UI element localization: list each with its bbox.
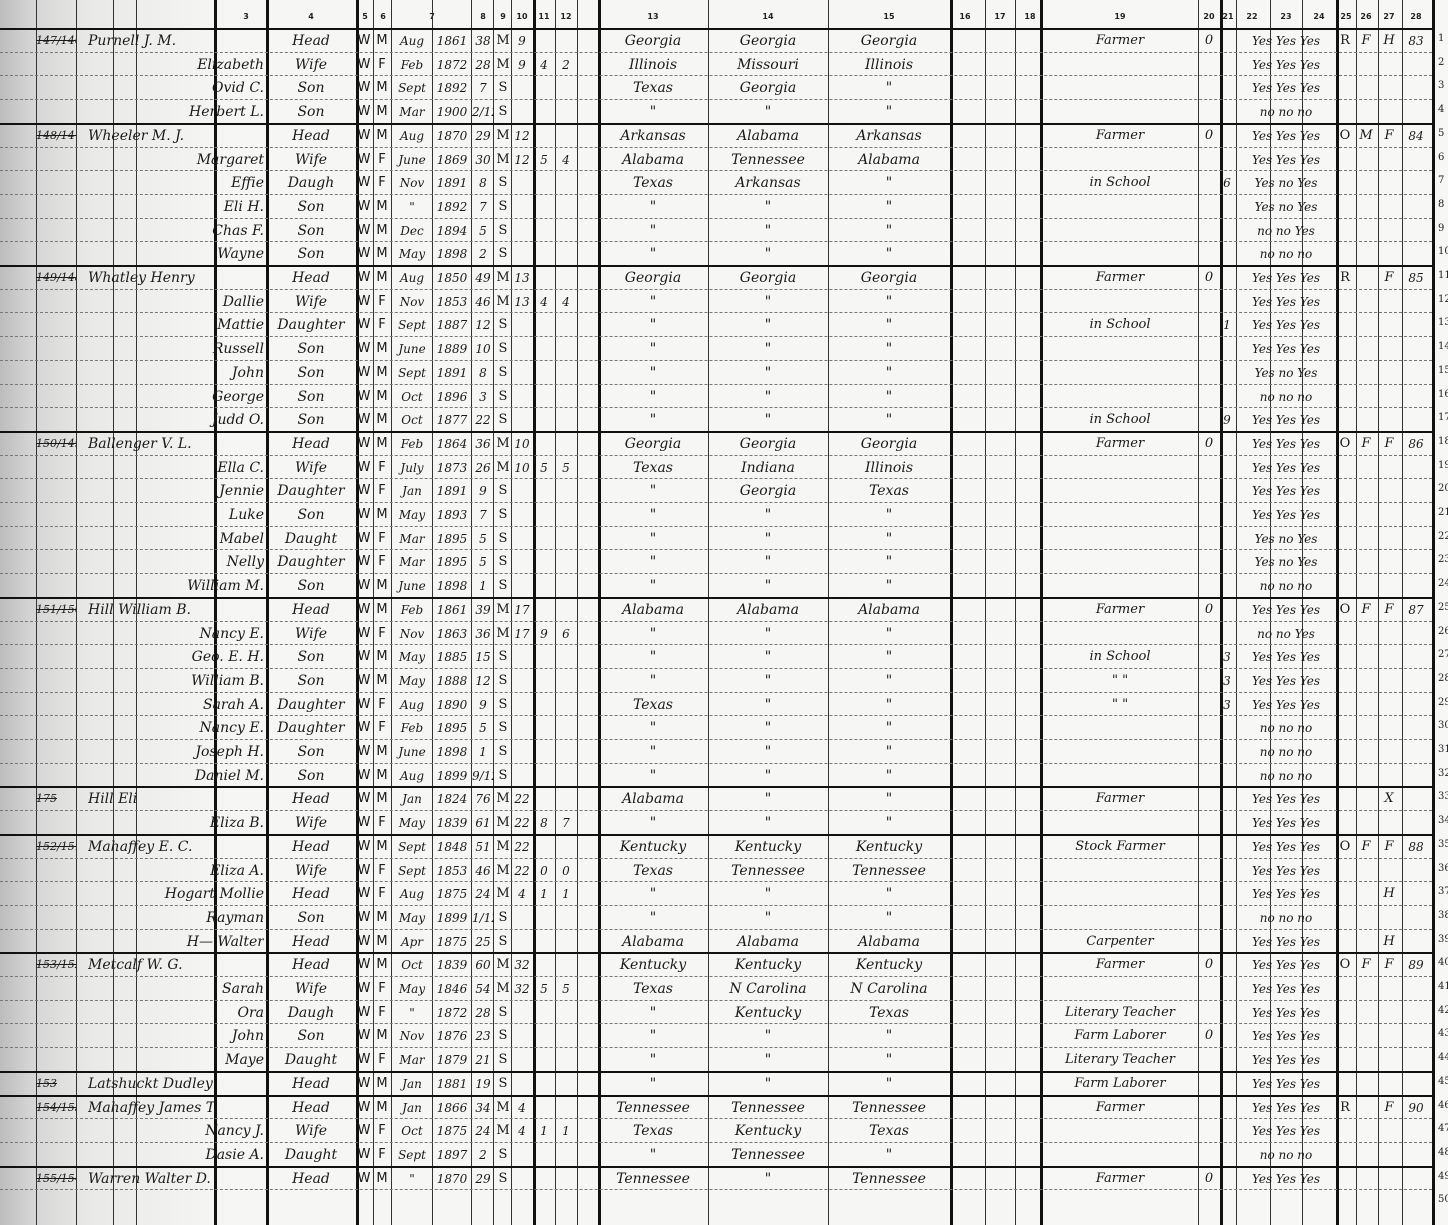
literacy-cell: Yes Yes Yes xyxy=(1236,835,1336,857)
color-cell: W xyxy=(356,171,372,193)
relation-cell: Head xyxy=(266,1072,356,1094)
color-cell: W xyxy=(356,337,372,359)
literacy-cell: Yes Yes Yes xyxy=(1236,1024,1336,1046)
age-cell: 1 xyxy=(472,740,494,762)
year-cell: 1891 xyxy=(433,479,471,501)
line-number: 12 xyxy=(1438,294,1448,305)
month-cell: May xyxy=(392,669,432,691)
age-cell: 2 xyxy=(472,1143,494,1165)
mother-birthplace-cell: " xyxy=(828,361,950,383)
column-header-8: 8 xyxy=(472,6,494,28)
relation-cell: Son xyxy=(266,361,356,383)
line-number: 21 xyxy=(1438,507,1448,518)
sex-cell: F xyxy=(374,693,390,715)
birthplace-cell: " xyxy=(598,100,708,122)
year-cell: 1876 xyxy=(433,1024,471,1046)
mother-birthplace-cell: Kentucky xyxy=(828,953,950,975)
age-cell: 28 xyxy=(472,1001,494,1023)
year-cell: 1895 xyxy=(433,716,471,738)
marital-cell: S xyxy=(494,219,512,241)
age-cell: 49 xyxy=(472,266,494,288)
children-born-cell: 4 xyxy=(534,53,554,75)
mother-birthplace-cell: Texas xyxy=(828,1119,950,1141)
age-cell: 1 xyxy=(472,574,494,596)
sex-cell: F xyxy=(374,859,390,881)
age-cell: 10 xyxy=(472,337,494,359)
occupation-cell: Farmer xyxy=(1040,124,1200,146)
color-cell: W xyxy=(356,1119,372,1141)
relation-cell: Wife xyxy=(266,622,356,644)
children-living-cell: 4 xyxy=(556,290,576,312)
birthplace-cell: " xyxy=(598,669,708,691)
farm-house-cell: F xyxy=(1356,598,1376,620)
marital-cell: M xyxy=(494,1119,512,1141)
sex-cell: F xyxy=(374,313,390,335)
marital-cell: S xyxy=(494,242,512,264)
color-cell: W xyxy=(356,811,372,833)
sex-cell: M xyxy=(374,100,390,122)
age-cell: 8 xyxy=(472,171,494,193)
birthplace-cell: " xyxy=(598,740,708,762)
birthplace-cell: " xyxy=(598,550,708,572)
sex-cell: M xyxy=(374,219,390,241)
farm-house-cell: F xyxy=(1356,29,1376,51)
sex-cell: F xyxy=(374,977,390,999)
years-married-cell: 17 xyxy=(512,622,532,644)
column-header-12: 12 xyxy=(556,6,576,28)
birthplace-cell: Texas xyxy=(598,456,708,478)
marital-cell: M xyxy=(494,148,512,170)
month-cell: June xyxy=(392,148,432,170)
birthplace-cell: " xyxy=(598,195,708,217)
person-name: Mahaffey E. C. xyxy=(88,835,264,857)
father-birthplace-cell: " xyxy=(708,195,828,217)
farm-house-cell: F xyxy=(1356,835,1376,857)
column-header-27: 27 xyxy=(1378,6,1400,28)
birthplace-cell: Tennessee xyxy=(598,1167,708,1189)
year-cell: 1824 xyxy=(433,787,471,809)
marital-cell: M xyxy=(494,432,512,454)
relation-cell: Son xyxy=(266,764,356,786)
column-rule xyxy=(1432,0,1435,1225)
line-number: 27 xyxy=(1438,649,1448,660)
unemployed-cell: 0 xyxy=(1198,1024,1220,1046)
mother-birthplace-cell: Texas xyxy=(828,1001,950,1023)
age-cell: 46 xyxy=(472,859,494,881)
father-birthplace-cell: " xyxy=(708,1024,828,1046)
census-sheet: 3456789101112131415161718192021222324252… xyxy=(0,0,1448,1225)
month-cell: May xyxy=(392,645,432,667)
literacy-cell: Yes no Yes xyxy=(1236,361,1336,383)
relation-cell: Head xyxy=(266,598,356,620)
occupation-cell: Farm Laborer xyxy=(1040,1024,1200,1046)
occupation-cell: Farmer xyxy=(1040,787,1200,809)
year-cell: 1853 xyxy=(433,859,471,881)
person-name: Metcalf W. G. xyxy=(88,953,264,975)
census-row: Chas F.SonWMDec18945S"""no no Yes9 xyxy=(0,219,1420,241)
column-header-3: 3 xyxy=(226,6,266,28)
sex-cell: F xyxy=(374,1048,390,1070)
relation-cell: Head xyxy=(266,29,356,51)
year-cell: 1839 xyxy=(433,811,471,833)
age-cell: 24 xyxy=(472,882,494,904)
sex-cell: F xyxy=(374,53,390,75)
dwelling-cell: 151/150 xyxy=(36,598,76,620)
line-number: 13 xyxy=(1438,317,1448,328)
person-name: Hill William B. xyxy=(88,598,264,620)
month-cell: Aug xyxy=(392,124,432,146)
line-number: 22 xyxy=(1438,531,1448,542)
relation-cell: Daught xyxy=(266,1048,356,1070)
years-married-cell: 4 xyxy=(512,1096,532,1118)
marital-cell: S xyxy=(494,764,512,786)
occupation-cell: Carpenter xyxy=(1040,930,1200,952)
sex-cell: M xyxy=(374,598,390,620)
sex-cell: M xyxy=(374,574,390,596)
age-cell: 26 xyxy=(472,456,494,478)
year-cell: 1894 xyxy=(433,219,471,241)
color-cell: W xyxy=(356,622,372,644)
father-birthplace-cell: " xyxy=(708,906,828,928)
relation-cell: Head xyxy=(266,930,356,952)
column-header-26: 26 xyxy=(1356,6,1376,28)
line-number: 28 xyxy=(1438,673,1448,684)
literacy-cell: Yes Yes Yes xyxy=(1236,432,1336,454)
relation-cell: Head xyxy=(266,124,356,146)
year-cell: 1888 xyxy=(433,669,471,691)
birthplace-cell: " xyxy=(598,361,708,383)
age-cell: 24 xyxy=(472,1119,494,1141)
census-row: Wheeler M. J.148/147HeadWMAug187029M12Ar… xyxy=(0,124,1420,146)
person-name: Mahaffey James T. xyxy=(88,1096,264,1118)
father-birthplace-cell: " xyxy=(708,740,828,762)
occupation-cell: " " xyxy=(1040,693,1200,715)
color-cell: W xyxy=(356,385,372,407)
month-cell: Oct xyxy=(392,408,432,430)
age-cell: 7 xyxy=(472,76,494,98)
sex-cell: M xyxy=(374,385,390,407)
mother-birthplace-cell: " xyxy=(828,337,950,359)
marital-cell: S xyxy=(494,361,512,383)
marital-cell: S xyxy=(494,1024,512,1046)
house-cell: H xyxy=(1378,930,1400,952)
census-row: Judd O.SonWMOct187722S"""in School9Yes Y… xyxy=(0,408,1420,430)
line-number: 31 xyxy=(1438,744,1448,755)
month-cell: Feb xyxy=(392,432,432,454)
age-cell: 2/12 xyxy=(472,100,494,122)
marital-cell: S xyxy=(494,550,512,572)
birthplace-cell: Kentucky xyxy=(598,953,708,975)
person-name: George xyxy=(150,385,264,407)
children-living-cell: 1 xyxy=(556,882,576,904)
marital-cell: S xyxy=(494,479,512,501)
month-cell: May xyxy=(392,811,432,833)
person-name: John xyxy=(150,361,264,383)
column-header-28: 28 xyxy=(1402,6,1430,28)
line-number: 25 xyxy=(1438,602,1448,613)
census-row: Nancy J.WifeWFOct187524M411TexasKentucky… xyxy=(0,1119,1420,1141)
color-cell: W xyxy=(356,669,372,691)
years-married-cell: 12 xyxy=(512,148,532,170)
mother-birthplace-cell: " xyxy=(828,906,950,928)
literacy-cell: Yes Yes Yes xyxy=(1236,1048,1336,1070)
birthplace-cell: Texas xyxy=(598,76,708,98)
person-name: Daniel M. xyxy=(150,764,264,786)
marital-cell: S xyxy=(494,527,512,549)
sex-cell: F xyxy=(374,171,390,193)
mother-birthplace-cell: " xyxy=(828,550,950,572)
month-cell: June xyxy=(392,574,432,596)
occupation-cell: Farmer xyxy=(1040,266,1200,288)
birthplace-cell: " xyxy=(598,219,708,241)
census-row: MattieDaughterWFSept188712S"""in School1… xyxy=(0,313,1420,335)
own-rent-cell: O xyxy=(1336,835,1354,857)
literacy-cell: no no no xyxy=(1236,1143,1336,1165)
age-cell: 9/12 xyxy=(472,764,494,786)
month-cell: July xyxy=(392,456,432,478)
literacy-cell: Yes Yes Yes xyxy=(1236,479,1336,501)
relation-cell: Son xyxy=(266,906,356,928)
years-married-cell: 22 xyxy=(512,811,532,833)
month-cell: Jan xyxy=(392,1072,432,1094)
age-cell: 7 xyxy=(472,503,494,525)
birthplace-cell: " xyxy=(598,1048,708,1070)
birthplace-cell: " xyxy=(598,1072,708,1094)
relation-cell: Daught xyxy=(266,1143,356,1165)
own-rent-cell: O xyxy=(1336,124,1354,146)
year-cell: 1861 xyxy=(433,29,471,51)
father-birthplace-cell: " xyxy=(708,693,828,715)
line-number: 37 xyxy=(1438,886,1448,897)
census-row: RussellSonWMJune188910S"""Yes Yes Yes14 xyxy=(0,337,1420,359)
year-cell: 1889 xyxy=(433,337,471,359)
relation-cell: Son xyxy=(266,195,356,217)
month-cell: Jan xyxy=(392,479,432,501)
line-number: 10 xyxy=(1438,246,1448,257)
age-cell: 30 xyxy=(472,148,494,170)
age-cell: 5 xyxy=(472,550,494,572)
children-born-cell: 1 xyxy=(534,1119,554,1141)
dwelling-cell: 153/152 xyxy=(36,953,76,975)
person-name: Mabel xyxy=(150,527,264,549)
color-cell: W xyxy=(356,313,372,335)
year-cell: 1875 xyxy=(433,930,471,952)
father-birthplace-cell: " xyxy=(708,527,828,549)
color-cell: W xyxy=(356,432,372,454)
literacy-cell: no no Yes xyxy=(1236,219,1336,241)
marital-cell: S xyxy=(494,503,512,525)
color-cell: W xyxy=(356,290,372,312)
unemployed-cell: 0 xyxy=(1198,124,1220,146)
literacy-cell: Yes Yes Yes xyxy=(1236,693,1336,715)
census-row: ElizabethWifeWFFeb187228M942IllinoisMiss… xyxy=(0,53,1420,75)
sex-cell: M xyxy=(374,787,390,809)
sex-cell: M xyxy=(374,645,390,667)
census-row: GeorgeSonWMOct18963S"""no no no16 xyxy=(0,385,1420,407)
relation-cell: Son xyxy=(266,76,356,98)
month-cell: Feb xyxy=(392,716,432,738)
relation-cell: Son xyxy=(266,242,356,264)
sex-cell: M xyxy=(374,953,390,975)
month-cell: Jan xyxy=(392,1096,432,1118)
age-cell: 76 xyxy=(472,787,494,809)
month-cell: Dec xyxy=(392,219,432,241)
literacy-cell: Yes Yes Yes xyxy=(1236,148,1336,170)
literacy-cell: Yes Yes Yes xyxy=(1236,977,1336,999)
literacy-cell: Yes Yes Yes xyxy=(1236,787,1336,809)
month-cell: Aug xyxy=(392,764,432,786)
census-row: EffieDaughWFNov18918STexasArkansas"in Sc… xyxy=(0,171,1420,193)
father-birthplace-cell: " xyxy=(708,764,828,786)
year-cell: 1864 xyxy=(433,432,471,454)
mother-birthplace-cell: " xyxy=(828,76,950,98)
person-name: Ballenger V. L. xyxy=(88,432,264,454)
person-name: Ora xyxy=(150,1001,264,1023)
birthplace-cell: " xyxy=(598,385,708,407)
marital-cell: M xyxy=(494,598,512,620)
children-born-cell: 8 xyxy=(534,811,554,833)
sex-cell: M xyxy=(374,242,390,264)
literacy-cell: Yes Yes Yes xyxy=(1236,266,1336,288)
mother-birthplace-cell: " xyxy=(828,171,950,193)
color-cell: W xyxy=(356,124,372,146)
line-number: 3 xyxy=(1438,80,1448,91)
relation-cell: Wife xyxy=(266,859,356,881)
color-cell: W xyxy=(356,882,372,904)
father-birthplace-cell: Alabama xyxy=(708,124,828,146)
father-birthplace-cell: " xyxy=(708,290,828,312)
census-row: Herbert L.SonWMMar19002/12S"""no no no4 xyxy=(0,100,1420,122)
line-number: 9 xyxy=(1438,223,1448,234)
birthplace-cell: " xyxy=(598,645,708,667)
relation-cell: Wife xyxy=(266,456,356,478)
color-cell: W xyxy=(356,361,372,383)
color-cell: W xyxy=(356,598,372,620)
person-name: Joseph H. xyxy=(150,740,264,762)
birthplace-cell: " xyxy=(598,290,708,312)
census-row: Nancy E.DaughterWFFeb18955S"""no no no30 xyxy=(0,716,1420,738)
color-cell: W xyxy=(356,29,372,51)
line-number: 47 xyxy=(1438,1123,1448,1134)
person-name: Chas F. xyxy=(150,219,264,241)
sex-cell: F xyxy=(374,550,390,572)
person-name: William B. xyxy=(150,669,264,691)
dwelling-cell: 154/153 xyxy=(36,1096,76,1118)
literacy-cell: Yes Yes Yes xyxy=(1236,29,1336,51)
marital-cell: M xyxy=(494,124,512,146)
sex-cell: M xyxy=(374,337,390,359)
sex-cell: M xyxy=(374,906,390,928)
relation-cell: Head xyxy=(266,266,356,288)
marital-cell: M xyxy=(494,456,512,478)
sex-cell: M xyxy=(374,361,390,383)
color-cell: W xyxy=(356,953,372,975)
color-cell: W xyxy=(356,1072,372,1094)
year-cell: 1891 xyxy=(433,361,471,383)
unemployed-cell: 0 xyxy=(1198,1167,1220,1189)
house-cell: F xyxy=(1378,1096,1400,1118)
literacy-cell: Yes Yes Yes xyxy=(1236,1001,1336,1023)
color-cell: W xyxy=(356,195,372,217)
relation-cell: Wife xyxy=(266,977,356,999)
age-cell: 12 xyxy=(472,313,494,335)
census-row: NellyDaughterWFMar18955S"""Yes no Yes23 xyxy=(0,550,1420,572)
marital-cell: S xyxy=(494,313,512,335)
census-row: Mahaffey E. C.152/151HeadWMSept184851M22… xyxy=(0,835,1420,857)
person-name: Herbert L. xyxy=(150,100,264,122)
mother-birthplace-cell: Kentucky xyxy=(828,835,950,857)
sex-cell: F xyxy=(374,290,390,312)
year-cell: 1879 xyxy=(433,1048,471,1070)
years-married-cell: 22 xyxy=(512,859,532,881)
census-row: JennieDaughterWFJan18919S"GeorgiaTexasYe… xyxy=(0,479,1420,501)
person-name: Dasie A. xyxy=(150,1143,264,1165)
year-cell: 1877 xyxy=(433,408,471,430)
relation-cell: Son xyxy=(266,100,356,122)
census-row: WayneSonWMMay18982S"""no no no10 xyxy=(0,242,1420,264)
literacy-cell: no no no xyxy=(1236,716,1336,738)
census-row: Dasie A.DaughtWFSept18972S"Tennessee"no … xyxy=(0,1143,1420,1165)
year-cell: 1891 xyxy=(433,171,471,193)
column-header-24: 24 xyxy=(1302,6,1336,28)
house-cell: F xyxy=(1378,124,1400,146)
year-cell: 1873 xyxy=(433,456,471,478)
father-birthplace-cell: Georgia xyxy=(708,76,828,98)
color-cell: W xyxy=(356,764,372,786)
mother-birthplace-cell: Tennessee xyxy=(828,1167,950,1189)
line-number: 44 xyxy=(1438,1052,1448,1063)
line-number: 45 xyxy=(1438,1076,1448,1087)
month-cell: Sept xyxy=(392,1143,432,1165)
year-cell: 1892 xyxy=(433,76,471,98)
birthplace-cell: Georgia xyxy=(598,29,708,51)
birthplace-cell: Texas xyxy=(598,859,708,881)
literacy-cell: Yes Yes Yes xyxy=(1236,290,1336,312)
sex-cell: F xyxy=(374,1001,390,1023)
line-number: 7 xyxy=(1438,175,1448,186)
father-birthplace-cell: " xyxy=(708,100,828,122)
literacy-cell: Yes Yes Yes xyxy=(1236,1072,1336,1094)
marital-cell: S xyxy=(494,1167,512,1189)
literacy-cell: Yes Yes Yes xyxy=(1236,811,1336,833)
dwelling-cell: 152/151 xyxy=(36,835,76,857)
mother-birthplace-cell: " xyxy=(828,716,950,738)
age-cell: 61 xyxy=(472,811,494,833)
month-cell: " xyxy=(392,195,432,217)
age-cell: 22 xyxy=(472,408,494,430)
census-row: MayeDaughtWFMar187921S"""Literary Teache… xyxy=(0,1048,1420,1070)
father-birthplace-cell: " xyxy=(708,385,828,407)
age-cell: 19 xyxy=(472,1072,494,1094)
mother-birthplace-cell: " xyxy=(828,1072,950,1094)
month-cell: Feb xyxy=(392,598,432,620)
mother-birthplace-cell: " xyxy=(828,195,950,217)
column-header-4: 4 xyxy=(266,6,356,28)
census-row: OraDaughWF"187228S"KentuckyTexasLiterary… xyxy=(0,1001,1420,1023)
year-cell: 1897 xyxy=(433,1143,471,1165)
birthplace-cell: Tennessee xyxy=(598,1096,708,1118)
sex-cell: M xyxy=(374,432,390,454)
father-birthplace-cell: Georgia xyxy=(708,479,828,501)
mother-birthplace-cell: " xyxy=(828,693,950,715)
marital-cell: M xyxy=(494,29,512,51)
marital-cell: M xyxy=(494,53,512,75)
sex-cell: M xyxy=(374,835,390,857)
literacy-cell: no no no xyxy=(1236,764,1336,786)
children-living-cell: 5 xyxy=(556,456,576,478)
year-cell: 1853 xyxy=(433,290,471,312)
color-cell: W xyxy=(356,930,372,952)
